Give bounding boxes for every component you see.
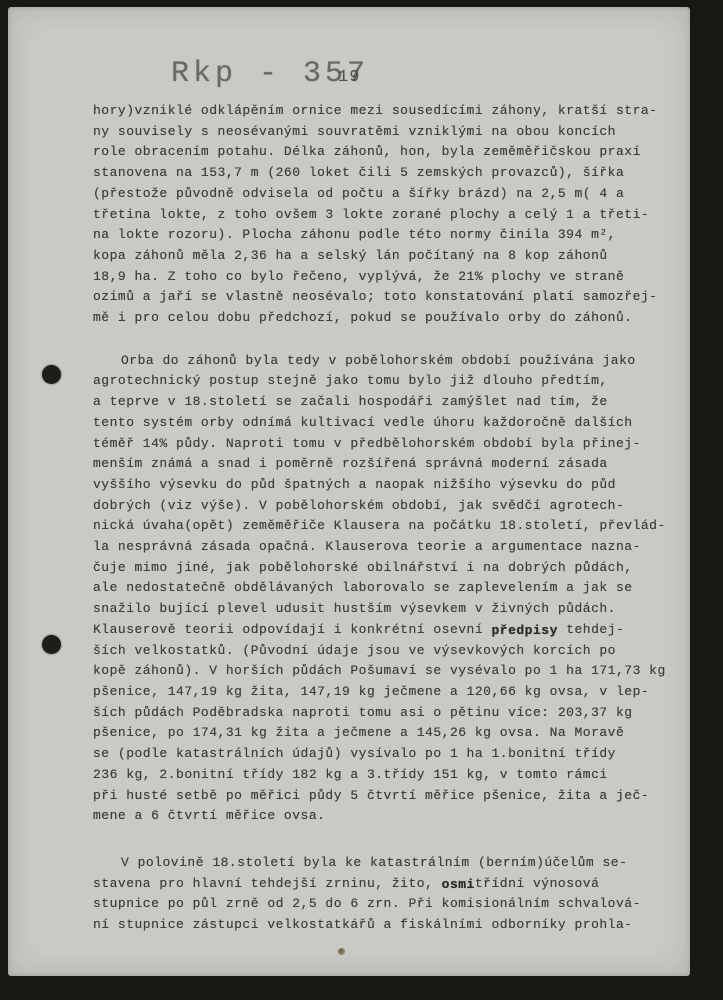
text-line: Orba do záhonů byla tedy v pobělohorském… — [93, 351, 683, 372]
text-line: kopa záhonů měla 2,36 ha a selský lán po… — [93, 246, 683, 267]
text-line: stanovena na 153,7 m (260 loket čili 5 z… — [93, 163, 683, 184]
text-line: pšenice, po 174,31 kg žita a ječmene a 1… — [93, 723, 683, 744]
text-line: Klauserově teorii odpovídají i konkrétní… — [93, 620, 683, 641]
text-line: ších velkostatků. (Původní údaje jsou ve… — [93, 641, 683, 662]
text-line: kopě záhonů). V horších půdách Pošumaví … — [93, 661, 683, 682]
retyped-word: předpisy — [491, 623, 557, 638]
text-line: snažilo bující plevel udusit hustším výs… — [93, 599, 683, 620]
text-line: na lokte rozoru). Plocha záhonu podle té… — [93, 225, 683, 246]
paragraph: Orba do záhonů byla tedy v pobělohorském… — [93, 351, 683, 827]
text-line: V polovině 18.století byla ke katastráln… — [93, 853, 683, 874]
text-line: dobrých (viz výše). V pobělohorském obdo… — [93, 496, 683, 517]
text-line: stupnice po půl zrně od 2,5 do 6 zrn. Př… — [93, 894, 683, 915]
hole-punch-dot-bottom — [42, 635, 61, 654]
typewritten-text-block: hory)vzniklé odklápěním ornice mezi sous… — [93, 101, 683, 936]
text-line: nická úvaha(opět) zeměměřiče Klausera na… — [93, 516, 683, 537]
text-line: se (podle katastrálních údajů) vysívalo … — [93, 744, 683, 765]
text-line: pšenice, 147,19 kg žita, 147,19 kg ječme… — [93, 682, 683, 703]
text-line: téměř 14% půdy. Naproti tomu v předběloh… — [93, 434, 683, 455]
text-line: vyššího výsevku do půd špatných a naopak… — [93, 475, 683, 496]
text-line: ších půdách Poděbradska naproti tomu asi… — [93, 703, 683, 724]
text-line: (přestože původně odvisela od počtu a ší… — [93, 184, 683, 205]
paragraph: hory)vzniklé odklápěním ornice mezi sous… — [93, 101, 683, 329]
text-line: ny souvisely s neosévanými souvratěmi vz… — [93, 122, 683, 143]
hole-punch-dot-top — [42, 365, 61, 384]
text-line: tento systém orby odnímá kultivací vedle… — [93, 413, 683, 434]
paper: Rkp - 357 19 hory)vzniklé odklápěním orn… — [8, 7, 690, 976]
text-line: mě i pro celou dobu předchozí, pokud se … — [93, 308, 683, 329]
text-line: ozimů a jaří se vlastně neosévalo; toto … — [93, 287, 683, 308]
text-line: a teprve v 18.století se začali hospodář… — [93, 392, 683, 413]
retyped-word: osmi — [442, 877, 475, 892]
text-line: 236 kg, 2.bonitní třídy 182 kg a 3.třídy… — [93, 765, 683, 786]
text-line: stavena pro hlavní tehdejší zrninu, žito… — [93, 874, 683, 895]
text-line: hory)vzniklé odklápěním ornice mezi sous… — [93, 101, 683, 122]
text-line: ní stupnice zástupci velkostatkářů a fis… — [93, 915, 683, 936]
paper-speck — [338, 948, 345, 955]
text-line: čuje mimo jiné, jak pobělohorské obilnář… — [93, 558, 683, 579]
text-line: při husté setbě po měřici půdy 5 čtvrtí … — [93, 786, 683, 807]
paragraph: V polovině 18.století byla ke katastráln… — [93, 853, 683, 936]
text-line: 18,9 ha. Z toho co bylo řečeno, vyplývá,… — [93, 267, 683, 288]
text-line: menším známá a snad i poměrně rozšířená … — [93, 454, 683, 475]
text-line: ale nedostatečně obdělávaných laborovalo… — [93, 578, 683, 599]
text-line: la nesprávná zásada opačná. Klauserova t… — [93, 537, 683, 558]
page-number: 19 — [338, 68, 360, 87]
text-line: role obracením potahu. Délka záhonů, hon… — [93, 142, 683, 163]
text-line: agrotechnický postup stejně jako tomu by… — [93, 371, 683, 392]
text-line: třetina lokte, z toho ovšem 3 lokte zora… — [93, 205, 683, 226]
text-line: mene a 6 čtvrtí měřice ovsa. — [93, 806, 683, 827]
document-scan: { "header": { "stamp": "Rkp - 357", "pag… — [0, 0, 723, 1000]
